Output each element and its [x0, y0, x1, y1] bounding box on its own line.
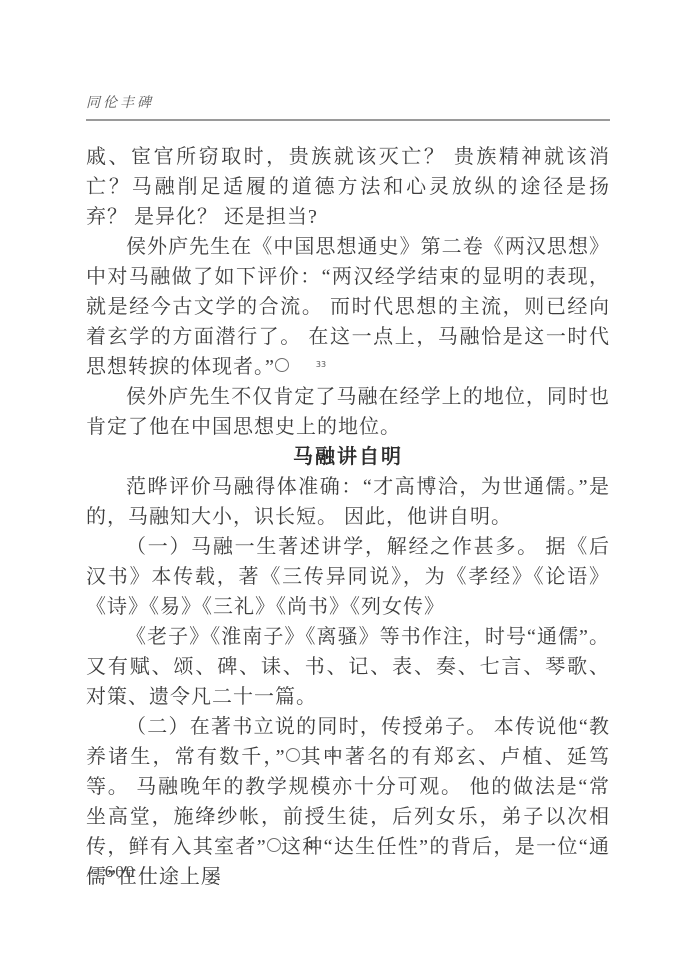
- paragraph: 范晔评价马融得体准确：“才高博洽，为世通儒。”是的，马融知大小，识长短。 因此，…: [86, 472, 610, 532]
- section-heading: 马融讲自明: [86, 442, 610, 472]
- paragraph: 《老子》《淮南子》《离骚》等书作注，时号“通儒”。 又有赋、颂、碑、诔、书、记、…: [86, 622, 610, 712]
- paragraph: （二）在著书立说的同时，传授弟子。 本传说他“教养诸生，常有数千，”34其中著名…: [86, 712, 610, 892]
- paragraph: 侯外庐先生在《中国思想通史》第二卷《两汉思想》中对马融做了如下评价：“两汉经学结…: [86, 232, 610, 382]
- page-number: – 600 –: [88, 862, 153, 882]
- page-header: 同伦丰碑: [86, 92, 610, 129]
- paragraph: 戚、宦官所窃取时，贵族就该灭亡？ 贵族精神就该消亡？马融削足适履的道德方法和心灵…: [86, 142, 610, 232]
- footnote-ref: 35: [267, 838, 281, 852]
- footnote-ref: 34: [286, 748, 300, 762]
- book-page: 同伦丰碑 戚、宦官所窃取时，贵族就该灭亡？ 贵族精神就该消亡？马融削足适履的道德…: [0, 0, 692, 968]
- header-rule: [86, 119, 610, 121]
- paragraph: （一）马融一生著述讲学，解经之作甚多。 据《后汉书》本传载，著《三传异同说》，为…: [86, 532, 610, 622]
- footnote-ref: 33: [275, 358, 289, 372]
- paragraph: 侯外庐先生不仅肯定了马融在经学上的地位，同时也肯定了他在中国思想史上的地位。: [86, 382, 610, 442]
- running-title: 同伦丰碑: [86, 92, 610, 112]
- body-text: 戚、宦官所窃取时，贵族就该灭亡？ 贵族精神就该消亡？马融削足适履的道德方法和心灵…: [86, 142, 610, 892]
